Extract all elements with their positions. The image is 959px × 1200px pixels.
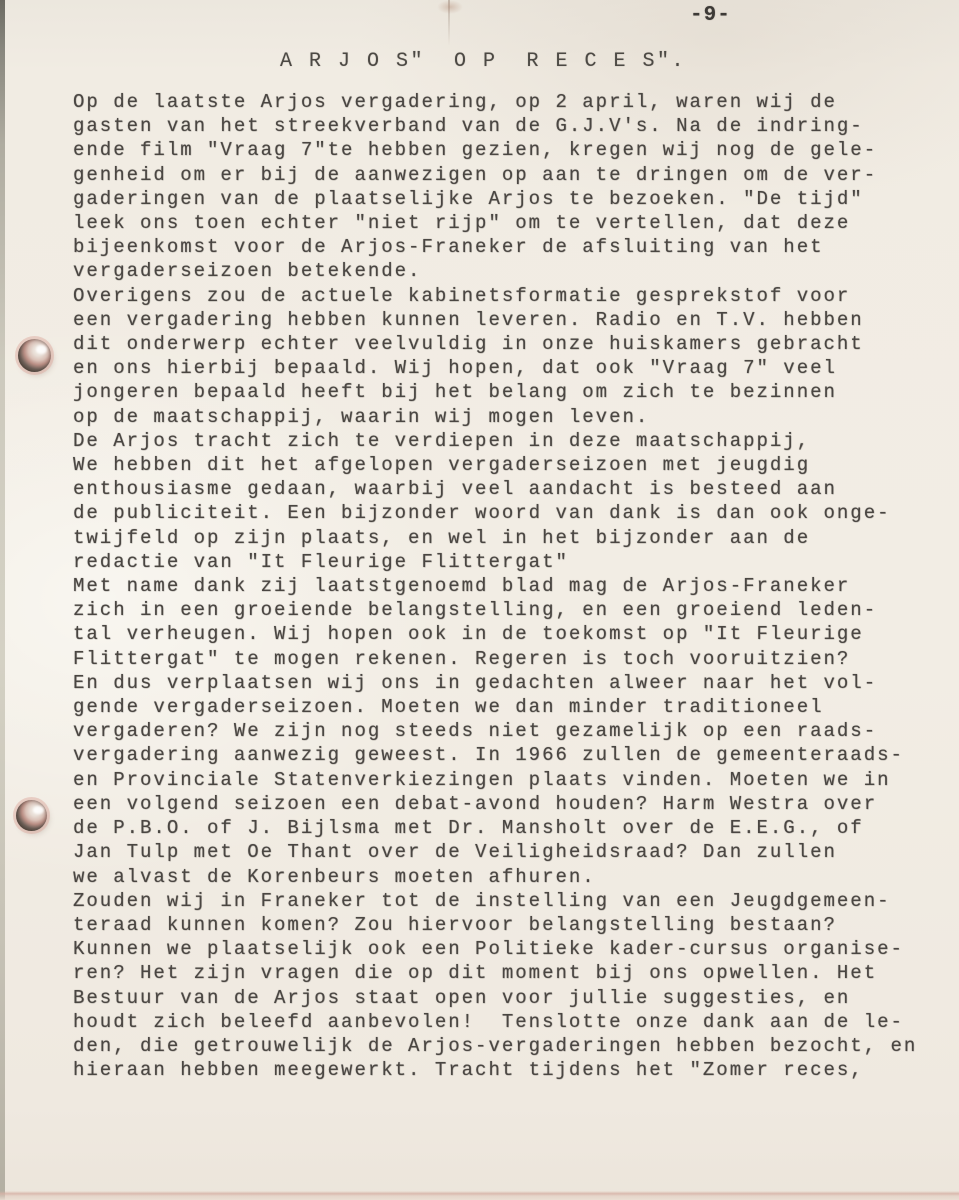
text-line: we alvast de Korenbeurs moeten afhuren. <box>73 865 923 889</box>
text-line: en ons hierbij bepaald. Wij hopen, dat o… <box>73 356 923 380</box>
text-line: een volgend seizoen een debat-avond houd… <box>73 792 923 816</box>
text-line: Op de laatste Arjos vergadering, op 2 ap… <box>73 90 923 114</box>
text-line: vergaderseizoen betekende. <box>73 259 923 283</box>
text-line: op de maatschappij, waarin wij mogen lev… <box>73 405 923 429</box>
text-line: Flittergat" te mogen rekenen. Regeren is… <box>73 647 923 671</box>
text-line: Overigens zou de actuele kabinetsformati… <box>73 284 923 308</box>
scan-smudge-artifact <box>437 0 463 14</box>
text-line: twijfeld op zijn plaats, en wel in het b… <box>73 526 923 550</box>
text-line: Zouden wij in Franeker tot de instelling… <box>73 889 923 913</box>
text-line: ende film "Vraag 7"te hebben gezien, kre… <box>73 138 923 162</box>
text-line: Jan Tulp met Oe Thant over de Veiligheid… <box>73 840 923 864</box>
text-line: enthousiasme gedaan, waarbij veel aandac… <box>73 477 923 501</box>
text-line: Bestuur van de Arjos staat open voor jul… <box>73 986 923 1010</box>
text-line: dit onderwerp echter veelvuldig in onze … <box>73 332 923 356</box>
text-line: teraad kunnen komen? Zou hiervoor belang… <box>73 913 923 937</box>
page-number: -9- <box>690 4 731 27</box>
text-line: We hebben dit het afgelopen vergaderseiz… <box>73 453 923 477</box>
binding-edge <box>0 0 5 1200</box>
text-line: de publiciteit. Een bijzonder woord van … <box>73 501 923 525</box>
text-line: hieraan hebben meegewerkt. Tracht tijden… <box>73 1058 923 1082</box>
scanned-document-page: -9- A R J O S" O P R E C E S". Op de laa… <box>0 0 959 1200</box>
text-line: zich in een groeiende belangstelling, en… <box>73 598 923 622</box>
bottom-page-edge <box>0 1191 959 1200</box>
text-line: bijeenkomst voor de Arjos-Franeker de af… <box>73 235 923 259</box>
text-line: vergadering aanwezig geweest. In 1966 zu… <box>73 743 923 767</box>
text-line: tal verheugen. Wij hopen ook in de toeko… <box>73 622 923 646</box>
text-line: leek ons toen echter "niet rijp" om te v… <box>73 211 923 235</box>
text-line: een vergadering hebben kunnen leveren. R… <box>73 308 923 332</box>
text-line: en Provinciale Statenverkiezingen plaats… <box>73 768 923 792</box>
text-line: de P.B.O. of J. Bijlsma met Dr. Mansholt… <box>73 816 923 840</box>
text-line: gasten van het streekverband van de G.J.… <box>73 114 923 138</box>
text-line: genheid om er bij de aanwezigen op aan t… <box>73 163 923 187</box>
text-line: houdt zich beleefd aanbevolen! Tenslotte… <box>73 1010 923 1034</box>
body-text: Op de laatste Arjos vergadering, op 2 ap… <box>73 90 923 1082</box>
text-line: Met name dank zij laatstgenoemd blad mag… <box>73 574 923 598</box>
punch-hole-icon <box>16 800 47 831</box>
text-line: ren? Het zijn vragen die op dit moment b… <box>73 961 923 985</box>
text-line: vergaderen? We zijn nog steeds niet geza… <box>73 719 923 743</box>
page-title: A R J O S" O P R E C E S". <box>280 50 686 73</box>
text-line: De Arjos tracht zich te verdiepen in dez… <box>73 429 923 453</box>
text-line: En dus verplaatsen wij ons in gedachten … <box>73 671 923 695</box>
text-line: gende vergaderseizoen. Moeten we dan min… <box>73 695 923 719</box>
text-line: jongeren bepaald heeft bij het belang om… <box>73 380 923 404</box>
text-line: den, die getrouwelijk de Arjos-vergaderi… <box>73 1034 923 1058</box>
text-line: redactie van "It Fleurige Flittergat" <box>73 550 923 574</box>
text-line: Kunnen we plaatselijk ook een Politieke … <box>73 937 923 961</box>
text-line: gaderingen van de plaatselijke Arjos te … <box>73 187 923 211</box>
punch-hole-icon <box>18 339 51 372</box>
